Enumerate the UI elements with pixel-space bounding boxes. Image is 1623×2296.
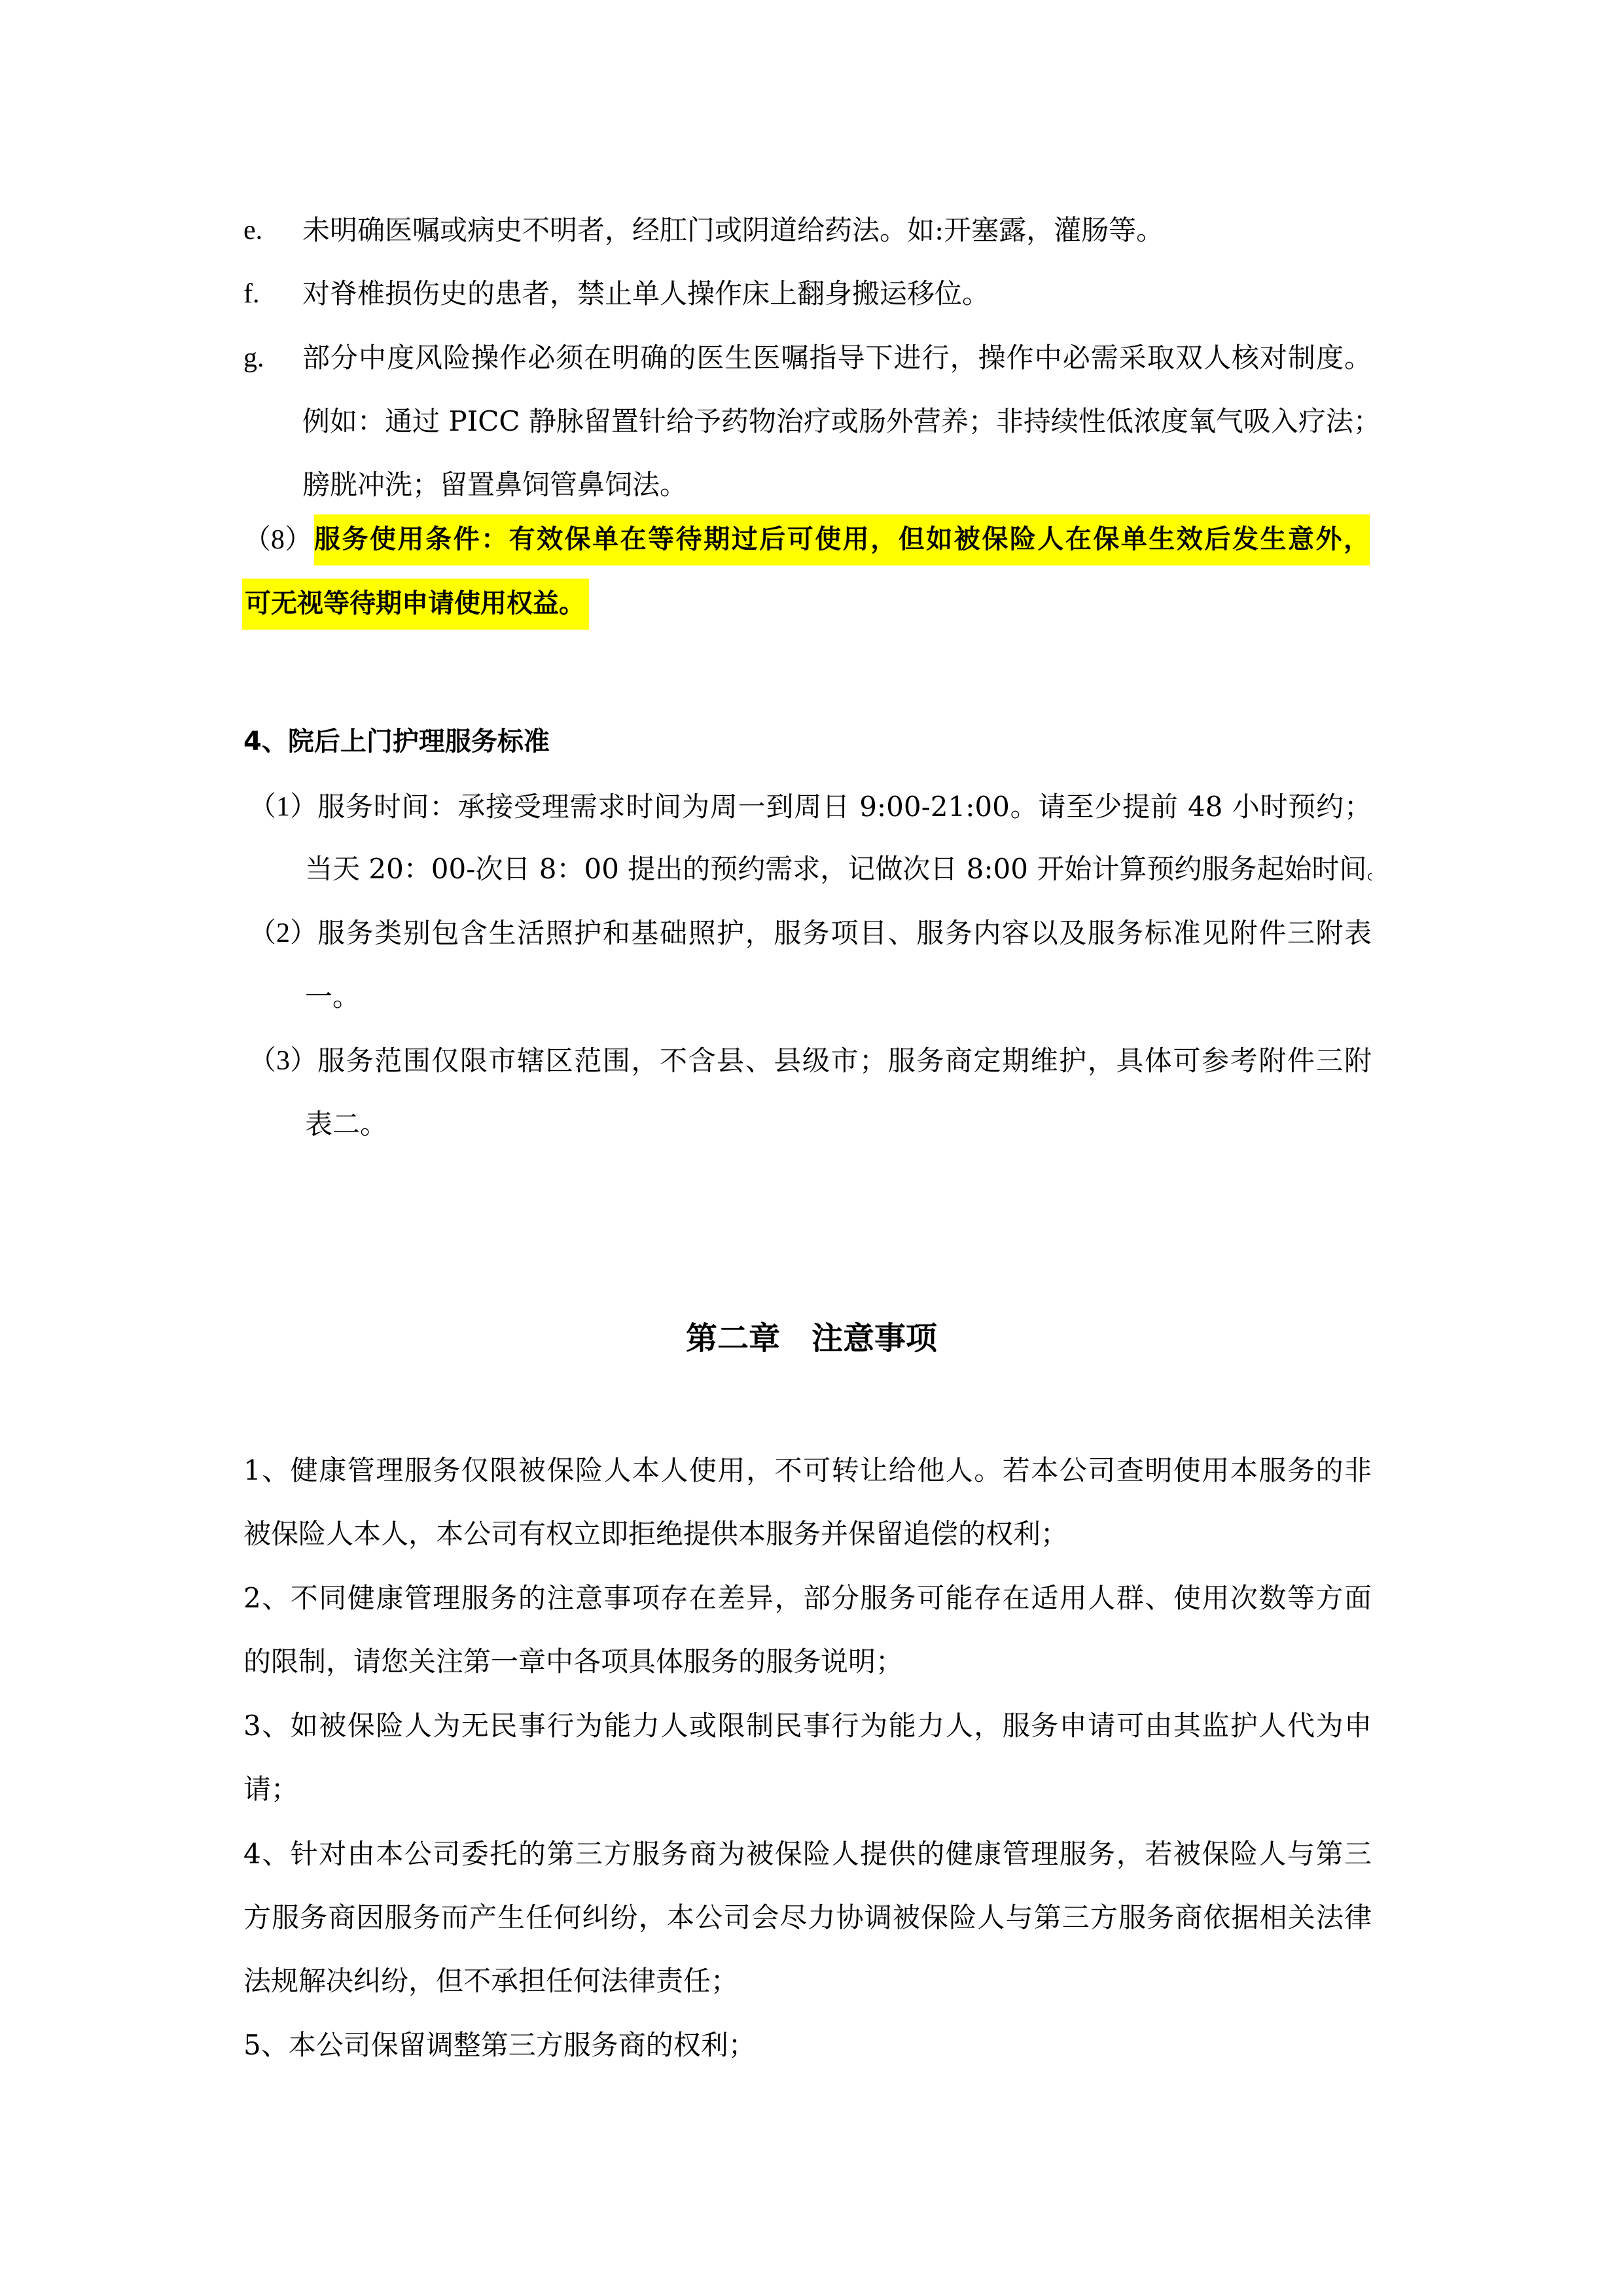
notice-item3-line2: 请；: [243, 1770, 298, 1809]
notice-item2-line2: 的限制，请您关注第一章中各项具体服务的服务说明；: [243, 1642, 903, 1681]
section4-item1-line1: 服务时间：承接受理需求时间为周一到周日 9:00-21:00。请至少提前 48 …: [317, 787, 1372, 827]
notice-item4-line1: 4、针对由本公司委托的第三方服务商为被保险人提供的健康管理服务，若被保险人与第三: [243, 1835, 1372, 1874]
condition-highlight-line2-wrap: 可无视等待期申请使用权益。: [242, 579, 589, 630]
notice-item1-line1: 1、健康管理服务仅限被保险人本人使用，不可转让给他人。若本公司查明使用本服务的非: [243, 1451, 1372, 1490]
notice-item3-line1: 3、如被保险人为无民事行为能力人或限制民事行为能力人，服务申请可由其监护人代为申: [243, 1706, 1372, 1746]
list-item-e-text: 未明确医嘱或病史不明者，经肛门或阴道给药法。如:开塞露，灌肠等。: [302, 211, 1164, 250]
condition-highlight-line2: 可无视等待期申请使用权益。: [242, 579, 589, 630]
section4-item2-line1: 服务类别包含生活照护和基础照护，服务项目、服务内容以及服务标准见附件三附表: [317, 914, 1372, 953]
list-label-f: f.: [243, 274, 260, 314]
notice-item4-line3: 法规解决纠纷，但不承担任何法律责任；: [243, 1962, 738, 2001]
chapter-title: 第二章 注意事项: [0, 1316, 1623, 1361]
notice-item2-line1: 2、不同健康管理服务的注意事项存在差异，部分服务可能存在适用人群、使用次数等方面: [243, 1579, 1372, 1618]
list-label-e: e.: [243, 211, 262, 250]
list-item-g-text-line2: 例如：通过 PICC 静脉留置针给予药物治疗或肠外营养；非持续性低浓度氧气吸入疗…: [302, 402, 1372, 441]
notice-item1-line2: 被保险人本人，本公司有权立即拒绝提供本服务并保留追偿的权利；: [243, 1515, 1068, 1554]
list-item-f-text: 对脊椎损伤史的患者，禁止单人操作床上翻身搬运移位。: [302, 274, 990, 314]
section4-label-2: （2）: [249, 914, 317, 953]
section4-item1-line2: 当天 20：00-次日 8：00 提出的预约需求，记做次日 8:00 开始计算预…: [305, 850, 1372, 889]
notice-item4-line2: 方服务商因服务而产生任何纠纷，本公司会尽力协调被保险人与第三方服务商依据相关法律: [243, 1898, 1372, 1937]
section4-label-1: （1）: [249, 787, 317, 827]
section-heading: 4、院后上门护理服务标准: [243, 722, 550, 761]
document-page: e. 未明确医嘱或病史不明者，经肛门或阴道给药法。如:开塞露，灌肠等。 f. 对…: [0, 0, 1623, 2296]
list-item-g-text-line1: 部分中度风险操作必须在明确的医生医嘱指导下进行，操作中必需采取双人核对制度。: [302, 338, 1372, 378]
section4-label-3: （3）: [249, 1041, 317, 1081]
notice-item5-line1: 5、本公司保留调整第三方服务商的权利；: [243, 2026, 756, 2065]
section4-item3-line2: 表二。: [305, 1105, 387, 1144]
condition-label: （8）: [243, 520, 312, 560]
list-label-g: g.: [243, 338, 264, 378]
list-item-g-text-line3: 膀胱冲洗；留置鼻饲管鼻饲法。: [302, 465, 687, 505]
section4-item2-line2: 一。: [305, 977, 360, 1016]
condition-highlight-line1: 服务使用条件：有效保单在等待期过后可使用，但如被保险人在保单生效后发生意外，: [314, 514, 1370, 565]
condition-highlight-line1-wrap: 服务使用条件：有效保单在等待期过后可使用，但如被保险人在保单生效后发生意外，: [314, 514, 1370, 565]
section4-item3-line1: 服务范围仅限市辖区范围，不含县、县级市；服务商定期维护，具体可参考附件三附: [317, 1041, 1372, 1081]
